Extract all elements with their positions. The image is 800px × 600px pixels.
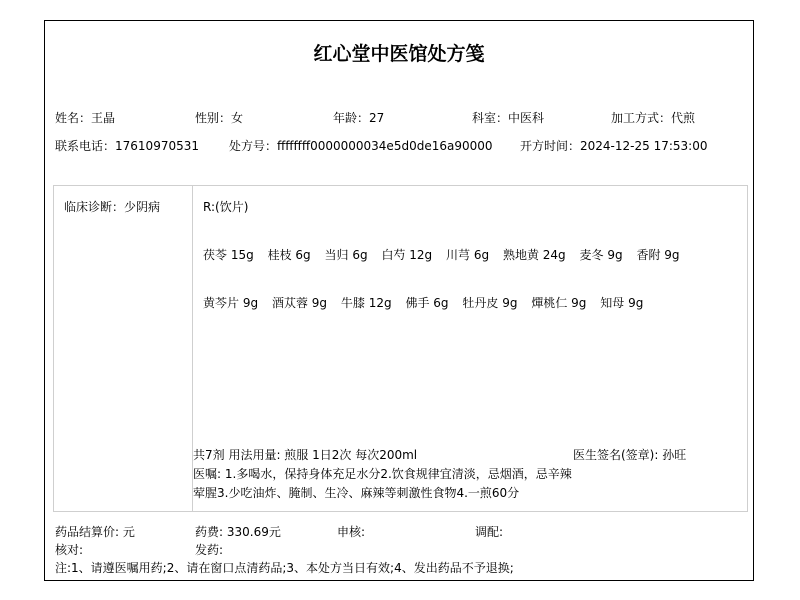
patient-info-row: 姓名：王晶 性别：女 年龄：27 科室：中医科 加工方式：代煎: [55, 109, 745, 127]
herb-item: 川芎 6g: [446, 248, 489, 262]
dosage-usage: 共7剂 用法用量: 煎服 1日2次 每次200ml: [193, 446, 417, 463]
notes-row: 注:1、请遵医嘱用药;2、请在窗口点清药品;3、本处方当日有效;4、发出药品不予…: [55, 559, 745, 577]
herb-item: 佛手 6g: [405, 296, 448, 310]
rx-label: R:(饮片): [203, 198, 248, 215]
check-field: 核对:: [55, 541, 83, 558]
prescription-sheet: 红心堂中医馆处方笺 姓名：王晶 性别：女 年龄：27 科室：中医科 加工方式：代…: [44, 20, 754, 581]
herb-item: 牡丹皮 9g: [462, 296, 517, 310]
check-row: 核对: 发药:: [55, 541, 745, 559]
herb-item: 牛膝 12g: [341, 296, 392, 310]
settlement-price: 药品结算价: 元: [55, 523, 135, 540]
issue-field: 发药:: [195, 541, 223, 558]
herb-item: 麦冬 9g: [580, 248, 623, 262]
rx-meta-row: 联系电话：17610970531 处方号：ffffffff0000000034e…: [55, 137, 745, 155]
herb-item: 香附 9g: [636, 248, 679, 262]
clinical-diagnosis: 临床诊断：少阴病: [64, 198, 160, 215]
herb-item: 当归 6g: [325, 248, 368, 262]
herb-item: 燀桃仁 9g: [531, 296, 586, 310]
department: 科室：中医科: [472, 109, 544, 126]
doctor-signature: 医生签名(签章): 孙旺: [573, 446, 686, 463]
dispense-field: 调配:: [475, 523, 503, 540]
herb-item: 知母 9g: [600, 296, 643, 310]
prescription-time: 开方时间：2024-12-25 17:53:00: [520, 137, 707, 154]
fee-row: 药品结算价: 元 药费: 330.69元 申核: 调配:: [55, 523, 745, 541]
patient-age: 年龄：27: [333, 109, 384, 126]
herb-item: 酒苁蓉 9g: [272, 296, 327, 310]
herb-line-1: 茯苓 15g 桂枝 6g 当归 6g 白芍 12g 川芎 6g 熟地黄 24g …: [203, 246, 690, 263]
rx-column: R:(饮片) 茯苓 15g 桂枝 6g 当归 6g 白芍 12g 川芎 6g 熟…: [193, 186, 747, 511]
patient-name: 姓名：王晶: [55, 109, 115, 126]
contact-phone: 联系电话：17610970531: [55, 137, 199, 154]
herb-item: 茯苓 15g: [203, 248, 254, 262]
processing-method: 加工方式：代煎: [611, 109, 695, 126]
prescription-body: 临床诊断：少阴病 R:(饮片) 茯苓 15g 桂枝 6g 当归 6g 白芍 12…: [53, 185, 748, 512]
diagnosis-column: 临床诊断：少阴病: [54, 186, 193, 511]
herb-item: 桂枝 6g: [268, 248, 311, 262]
herb-item: 黄芩片 9g: [203, 296, 258, 310]
herb-item: 白芍 12g: [381, 248, 432, 262]
doctor-advice: 医嘱: 1.多喝水，保持身体充足水分2.饮食规律宜清淡，忌烟酒，忌辛辣荤腥3.少…: [193, 465, 583, 503]
herb-item: 熟地黄 24g: [503, 248, 566, 262]
drug-fee: 药费: 330.69元: [195, 523, 281, 540]
clinic-title: 红心堂中医馆处方笺: [45, 39, 753, 66]
review-field: 申核:: [337, 523, 365, 540]
herb-line-2: 黄芩片 9g 酒苁蓉 9g 牛膝 12g 佛手 6g 牡丹皮 9g 燀桃仁 9g…: [203, 294, 653, 311]
patient-gender: 性别：女: [195, 109, 243, 126]
prescription-notes: 注:1、请遵医嘱用药;2、请在窗口点清药品;3、本处方当日有效;4、发出药品不予…: [55, 559, 514, 576]
prescription-number: 处方号：ffffffff0000000034e5d0de16a90000: [229, 137, 493, 154]
